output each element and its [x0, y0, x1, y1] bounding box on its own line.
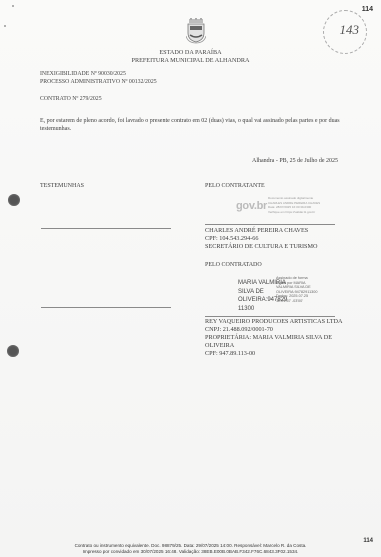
header-municipality: PREFEITURA MUNICIPAL DE ALHANDRA: [0, 57, 381, 65]
digital-signature-details: Assinado de forma digital por MARIA VALM…: [276, 276, 318, 304]
contratante-cpf: CPF: 104.543.294-66: [205, 235, 317, 243]
contratante-name: CHARLES ANDRÉ PEREIRA CHAVES: [205, 227, 317, 235]
contratado-cnpj: CNPJ: 21.488.092/0001-70: [205, 326, 343, 334]
processo-number: PROCESSO ADMINISTRATIVO Nº 00132/2025: [40, 79, 157, 87]
govbr-logo: gov.br: [236, 200, 267, 212]
contratado-cpf: CPF: 947.89.113-00: [205, 350, 343, 358]
contratante-signature-line: [205, 224, 335, 225]
contratado-signature-line: [205, 316, 335, 317]
contratante-role: SECRETÁRIO DE CULTURA E TURISMO: [205, 243, 317, 251]
contract-number: CONTRATO Nº 279/2025: [40, 96, 102, 102]
witness-1-signature-line: [41, 228, 171, 229]
page-number-top: 114: [362, 6, 373, 13]
scan-speck: [4, 25, 6, 27]
process-info: INEXIGIBILIDADE Nº 90030/2025 PROCESSO A…: [40, 71, 157, 86]
coat-of-arms-icon: [186, 18, 206, 44]
contratante-label: PELO CONTRATANTE: [205, 183, 265, 189]
contratado-company: REY VAQUEIRO PRODUCOES ARTISTICAS LTDA: [205, 318, 343, 326]
contratado-owner-cont: OLIVEIRA: [205, 342, 343, 350]
contratado-info: REY VAQUEIRO PRODUCOES ARTISTICAS LTDA C…: [205, 318, 343, 358]
govbr-signature-details: Documento assinado digitalmente CHARLES …: [268, 196, 320, 214]
header-state: ESTADO DA PARAÍBA: [0, 49, 381, 57]
contratado-owner: PROPRIETÁRIA: MARIA VALMIRIA SILVA DE: [205, 334, 343, 342]
stamp-handwritten-number: 143: [340, 22, 360, 38]
contratado-label: PELO CONTRATADO: [205, 262, 262, 268]
place-date: Alhandra - PB, 25 de Julho de 2025: [252, 158, 338, 164]
govbr-signature: gov.br Documento assinado digitalmente C…: [236, 196, 346, 218]
document-page: 114 143 ESTADO DA PARAÍBA PREFEITURA MUN…: [0, 0, 381, 557]
scan-speck: [12, 5, 14, 7]
validation-footer: Contrato ou instrumento equivalente. Doc…: [0, 543, 381, 555]
punch-hole: [8, 194, 20, 206]
witnesses-label: TESTEMUNHAS: [40, 183, 84, 189]
witness-2-signature-line: [41, 307, 171, 308]
inexigibilidade-number: INEXIGIBILIDADE Nº 90030/2025: [40, 71, 157, 79]
contratante-info: CHARLES ANDRÉ PEREIRA CHAVES CPF: 104.54…: [205, 227, 317, 251]
closing-paragraph: E, por estarem de pleno acordo, foi lavr…: [40, 117, 360, 133]
document-header: ESTADO DA PARAÍBA PREFEITURA MUNICIPAL D…: [0, 49, 381, 65]
punch-hole: [7, 345, 19, 357]
footer-validation-info: Impresso por convidado em 30/07/2025 16:…: [0, 549, 381, 555]
